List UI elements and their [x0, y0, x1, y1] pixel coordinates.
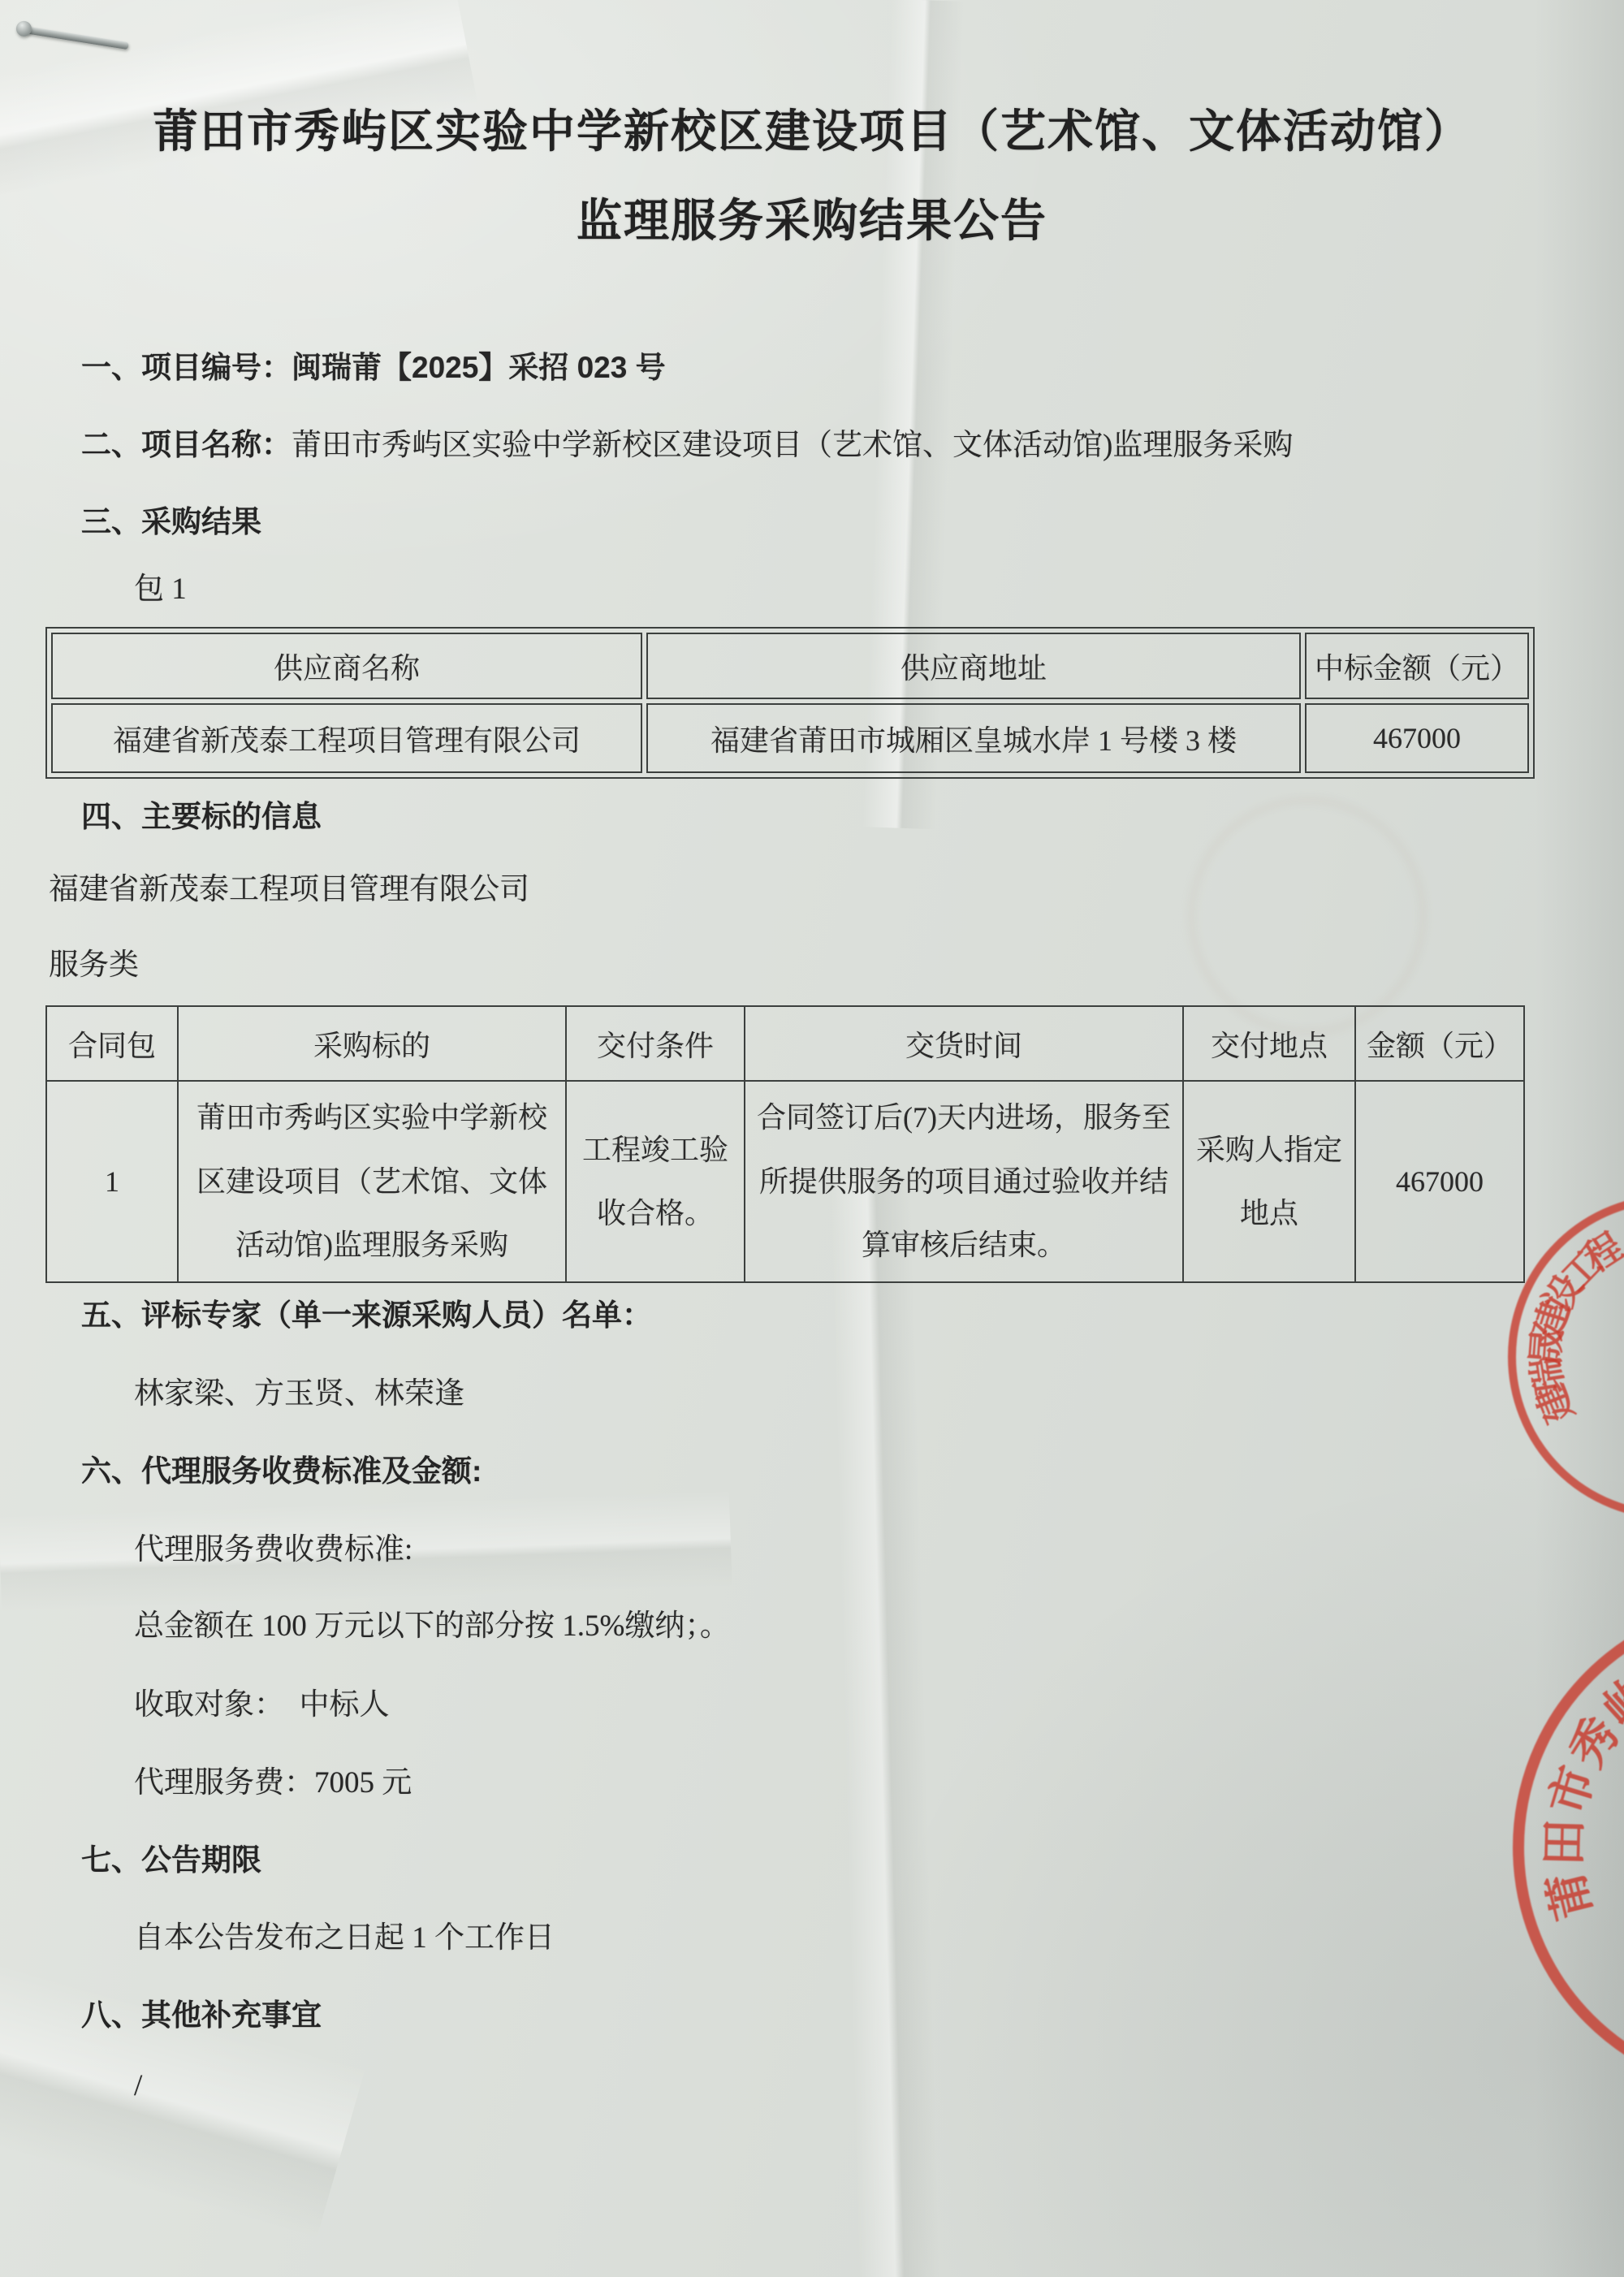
award-table-header-row: 供应商名称 供应商地址 中标金额（元） — [51, 633, 1529, 699]
detail-table-cell-delivery-time: 合同签订后(7)天内进场，服务至所提供服务的项目通过验收并结算审核后结束。 — [745, 1081, 1183, 1282]
award-table-cell-supplier-address: 福建省莆田市城厢区皇城水岸 1 号楼 3 楼 — [646, 703, 1301, 773]
detail-table-cell-subject: 莆田市秀屿区实验中学新校区建设项目（艺术馆、文体活动馆)监理服务采购 — [178, 1081, 566, 1282]
section-7-heading: 七、公告期限 — [81, 1842, 261, 1879]
detail-table-header-cell: 合同包 — [46, 1006, 178, 1081]
section-4-heading: 四、主要标的信息 — [81, 798, 322, 836]
fee-amount: 代理服务费：7005 元 — [134, 1765, 412, 1802]
section-2-label: 二、项目名称： — [81, 428, 292, 461]
red-stamp-ring — [1513, 1599, 1624, 2096]
award-table-row: 福建省新茂泰工程项目管理有限公司 福建省莆田市城厢区皇城水岸 1 号楼 3 楼 … — [51, 703, 1529, 773]
red-stamp-character: 工 — [1555, 1245, 1608, 1298]
detail-table-cell-package: 1 — [46, 1081, 178, 1282]
detail-table: 合同包 采购标的 交付条件 交货时间 交付地点 金额（元） 1 莆田市秀屿区实验… — [45, 1005, 1525, 1283]
award-table-header-cell: 中标金额（元） — [1305, 633, 1529, 699]
staple-pin — [12, 15, 138, 71]
section-1-value: 闽瑞莆【2025】采招 023 号 — [292, 351, 666, 384]
detail-table-header-cell: 交付条件 — [566, 1006, 745, 1081]
red-stamp-ring — [1508, 1195, 1624, 1519]
award-table: 供应商名称 供应商地址 中标金额（元） 福建省新茂泰工程项目管理有限公司 福建省… — [45, 627, 1535, 779]
red-stamp-character: 建 — [1531, 1379, 1580, 1428]
notice-period: 自本公告发布之日起 1 个工作日 — [134, 1920, 555, 1957]
stamp-bleedthrough — [1190, 798, 1425, 1034]
experts-list: 林家梁、方玉贤、林荣逢 — [134, 1376, 464, 1413]
other-note: / — [134, 2067, 142, 2105]
document-title-line1: 莆田市秀屿区实验中学新校区建设项目（艺术馆、文体活动馆） — [0, 96, 1624, 161]
detail-table-header-row: 合同包 采购标的 交付条件 交货时间 交付地点 金额（元） — [46, 1006, 1524, 1081]
red-stamp-character: 屿 — [1596, 1669, 1624, 1735]
document-page: 莆田市秀屿区实验中学新校区建设项目（艺术馆、文体活动馆） 监理服务采购结果公告 … — [0, 0, 1624, 2277]
fee-rule: 总金额在 100 万元以下的部分按 1.5%缴纳；。 — [134, 1608, 730, 1645]
fee-payer: 收取对象： 中标人 — [134, 1687, 390, 1724]
paper-crease — [830, 1177, 940, 2277]
award-table-cell-award-amount: 467000 — [1305, 703, 1529, 773]
detail-table-cell-amount: 467000 — [1355, 1081, 1524, 1282]
package-label: 包 1 — [134, 571, 187, 608]
supplier-name: 福建省新茂泰工程项目管理有限公司 — [49, 871, 529, 909]
section-8-heading: 八、其他补充事宜 — [81, 1997, 322, 2034]
red-stamp-character: 建 — [1529, 1296, 1576, 1343]
detail-table-header-cell: 金额（元） — [1355, 1006, 1524, 1081]
award-table-header-cell: 供应商地址 — [646, 633, 1301, 699]
detail-table-header-cell: 采购标的 — [178, 1006, 566, 1081]
detail-table-row: 1 莆田市秀屿区实验中学新校区建设项目（艺术馆、文体活动馆)监理服务采购 工程竣… — [46, 1081, 1524, 1282]
award-table-cell-supplier-name: 福建省新茂泰工程项目管理有限公司 — [51, 703, 642, 773]
detail-table-header-cell: 交货时间 — [745, 1006, 1183, 1081]
service-class-label: 服务类 — [49, 947, 139, 984]
section-6-heading: 六、代理服务收费标准及金额: — [81, 1453, 482, 1490]
document-title-line2: 监理服务采购结果公告 — [0, 185, 1624, 250]
section-5-heading: 五、评标专家（单一来源采购人员）名单： — [81, 1297, 652, 1334]
staple-rod — [22, 26, 129, 50]
detail-table-cell-delivery-place: 采购人指定地点 — [1183, 1081, 1355, 1282]
staple-head — [15, 19, 33, 37]
detail-table-header-cell: 交付地点 — [1183, 1006, 1355, 1081]
section-2-project-name: 二、项目名称：莆田市秀屿区实验中学新校区建设项目（艺术馆、文体活动馆)监理服务采… — [81, 426, 1293, 464]
paper-crease — [1535, 0, 1624, 2277]
paper-crease — [0, 1951, 365, 2240]
award-table-header-cell: 供应商名称 — [51, 633, 642, 699]
red-stamp-character: 晟 — [1527, 1328, 1567, 1367]
detail-table-cell-condition: 工程竣工验收合格。 — [566, 1081, 745, 1282]
section-1-project-number: 一、项目编号：闽瑞莆【2025】采招 023 号 — [81, 349, 666, 387]
red-stamp-character: 秀 — [1562, 1710, 1624, 1775]
red-stamp-character: 市 — [1544, 1761, 1602, 1820]
red-stamp-character: 田 — [1540, 1818, 1588, 1866]
section-2-value: 莆田市秀屿区实验中学新校区建设项目（艺术馆、文体活动馆)监理服务采购 — [292, 429, 1293, 462]
red-stamp-character: 设 — [1539, 1268, 1590, 1320]
fee-standard-label: 代理服务费收费标准: — [134, 1532, 412, 1569]
red-stamp-character: 莆 — [1542, 1866, 1599, 1923]
red-stamp-character: 瑞 — [1527, 1355, 1570, 1397]
red-stamp-character: 程 — [1578, 1227, 1624, 1279]
section-3-heading: 三、采购结果 — [81, 503, 261, 541]
section-1-label: 一、项目编号： — [81, 351, 292, 384]
